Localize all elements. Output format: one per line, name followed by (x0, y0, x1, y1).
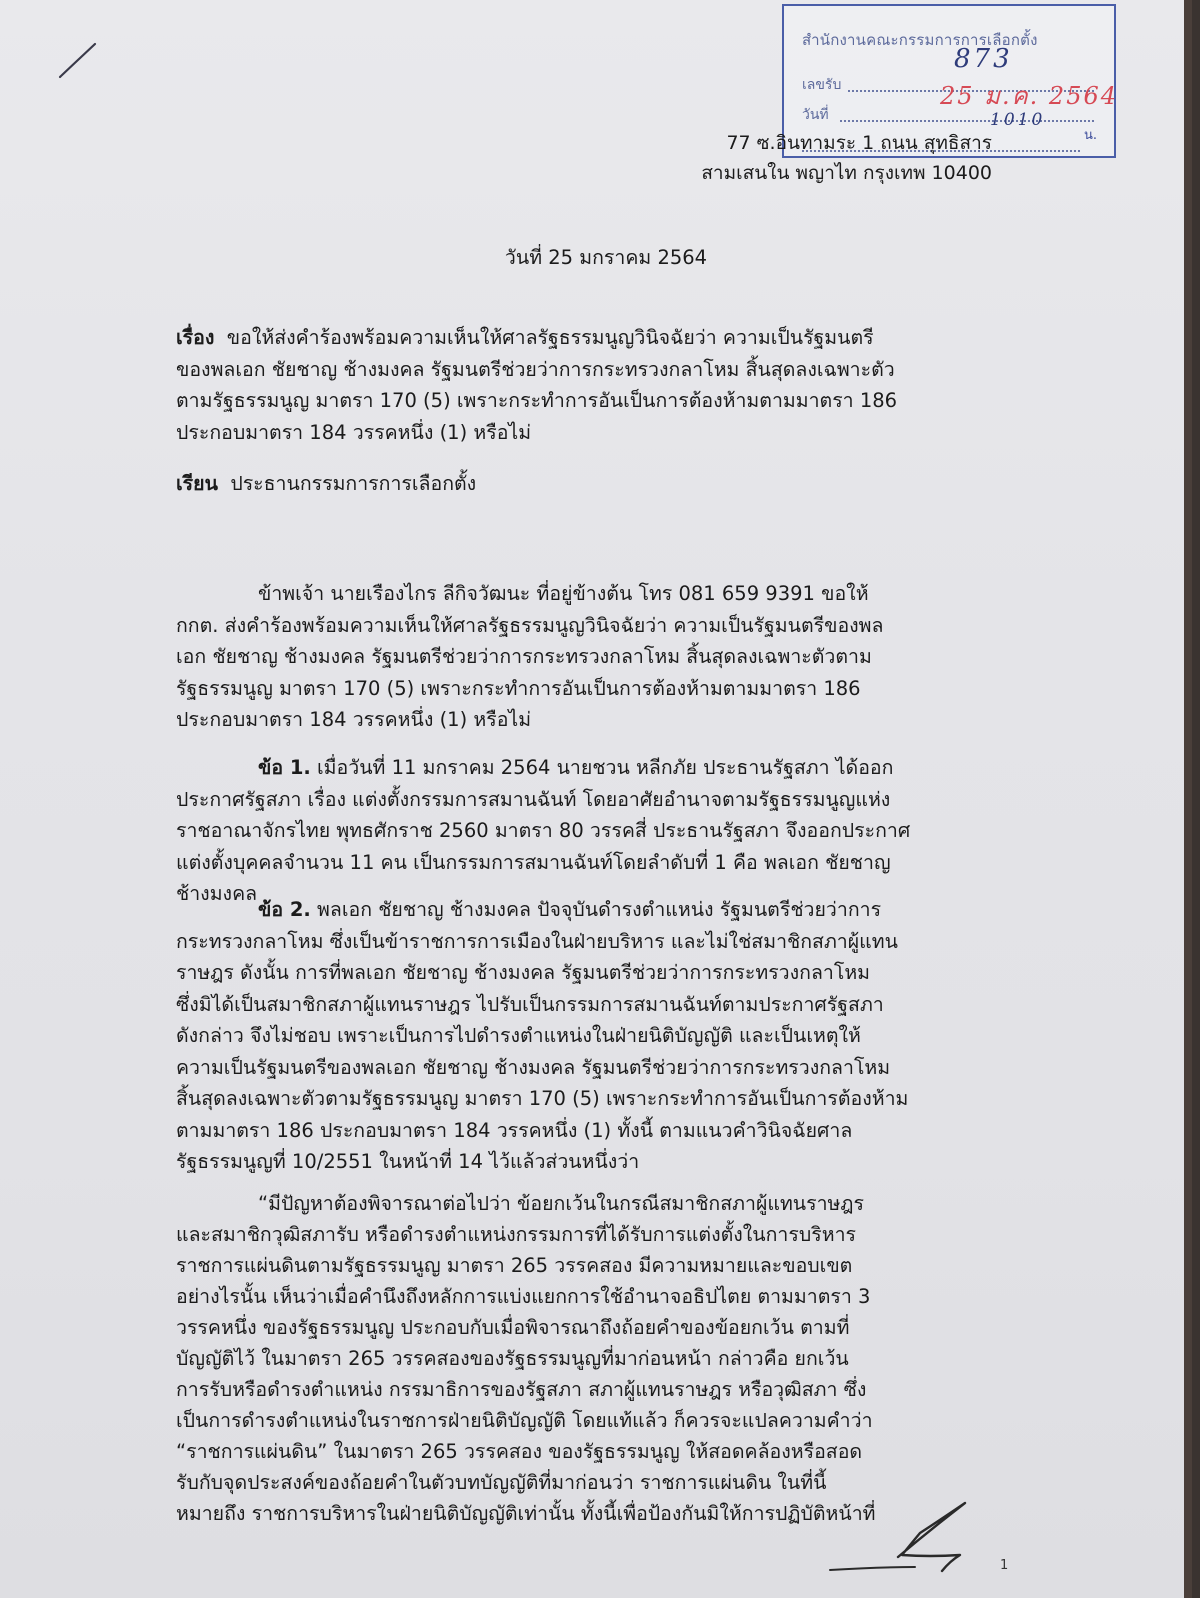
letter-date: วันที่ 25 มกราคม 2564 (0, 242, 1192, 273)
stamp-date-dotted-line (840, 120, 1094, 122)
signature-icon (820, 1495, 1000, 1575)
subject-line: ขอให้ส่งคำร้องพร้อมความเห็นให้ศาลรัฐธรรม… (227, 326, 874, 349)
quote-line: บัญญัติไว้ ในมาตรา 265 วรรคสองของรัฐธรรม… (176, 1343, 996, 1374)
paragraph-line: ความเป็นรัฐมนตรีของพลเอก ชัยชาญ ช้างมงคล… (176, 1052, 996, 1084)
page-edge (1184, 0, 1192, 1598)
stamp-time-suffix: น. (1084, 124, 1097, 145)
intro-paragraph: ข้าพเจ้า นายเรืองไกร ลีกิจวัฒนะ ที่อยู่ข… (176, 578, 996, 736)
quote-line: รับกับจุดประสงค์ของถ้อยคำในตัวบทบัญญัติท… (176, 1467, 996, 1498)
pen-check-mark-icon (55, 40, 105, 80)
paragraph-line: ประกอบมาตรา 184 วรรคหนึ่ง (1) หรือไม่ (176, 704, 996, 736)
quote-line: วรรคหนึ่ง ของรัฐธรรมนูญ ประกอบกับเมื่อพิ… (176, 1312, 996, 1343)
page-number: 1 (1000, 1558, 1008, 1573)
subject-block: เรื่อง ขอให้ส่งคำร้องพร้อมความเห็นให้ศาล… (176, 322, 996, 448)
paragraph-line: รัฐธรรมนูญ มาตรา 170 (5) เพราะกระทำการอั… (176, 673, 996, 705)
paragraph-line: เมื่อวันที่ 11 มกราคม 2564 นายชวน หลีกภั… (317, 756, 893, 779)
addressee-label: เรียน (176, 472, 218, 495)
paragraph-line: ซึ่งมิได้เป็นสมาชิกสภาผู้แทนราษฎร ไปรับเ… (176, 989, 996, 1021)
court-ruling-quote: “มีปัญหาต้องพิจารณาต่อไปว่า ข้อยกเว้นในก… (176, 1188, 996, 1529)
paragraph-line: เอก ชัยชาญ ช้างมงคล รัฐมนตรีช่วยว่าการกร… (176, 641, 996, 673)
quote-line: เป็นการดำรงตำแหน่งในราชการฝ่ายนิติบัญญัต… (176, 1405, 996, 1436)
paragraph-line: พลเอก ชัยชาญ ช้างมงคล ปัจจุบันดำรงตำแหน่… (317, 898, 881, 921)
quote-line: “ราชการแผ่นดิน” ในมาตรา 265 วรรคสอง ของร… (176, 1436, 996, 1467)
paragraph-line: กกต. ส่งคำร้องพร้อมความเห็นให้ศาลรัฐธรรม… (176, 610, 996, 642)
stamp-time-value: 1010 (990, 110, 1045, 130)
addressee-block: เรียน ประธานกรรมการการเลือกตั้ง (176, 468, 996, 500)
subject-line: ของพลเอก ชัยชาญ ช้างมงคล รัฐมนตรีช่วยว่า… (176, 354, 996, 386)
address-line-2: สามเสนใน พญาไท กรุงเทพ 10400 (620, 158, 992, 188)
paragraph-line: รัฐธรรมนูญที่ 10/2551 ในหน้าที่ 14 ไว้แล… (176, 1146, 996, 1178)
subject-label: เรื่อง (176, 326, 214, 349)
addressee-value: ประธานกรรมการการเลือกตั้ง (230, 472, 476, 495)
paragraph-line: แต่งตั้งบุคคลจำนวน 11 คน เป็นกรรมการสมาน… (176, 847, 996, 879)
paragraph-line: กระทรวงกลาโหม ซึ่งเป็นข้าราชการการเมืองใ… (176, 926, 996, 958)
clause-2-paragraph: ข้อ 2. พลเอก ชัยชาญ ช้างมงคล ปัจจุบันดำร… (176, 894, 996, 1178)
document-page: สำนักงานคณะกรรมการการเลือกตั้ง เลขรับ วั… (0, 0, 1192, 1598)
paragraph-line: ราชอาณาจักรไทย พุทธศักราช 2560 มาตรา 80 … (176, 815, 996, 847)
quote-line: “มีปัญหาต้องพิจารณาต่อไปว่า ข้อยกเว้นในก… (176, 1188, 996, 1219)
paragraph-line: ราษฎร ดังนั้น การที่พลเอก ชัยชาญ ช้างมงค… (176, 957, 996, 989)
clause-1-paragraph: ข้อ 1. เมื่อวันที่ 11 มกราคม 2564 นายชวน… (176, 752, 996, 910)
clause-2-label: ข้อ 2. (258, 898, 311, 921)
paragraph-line: ข้าพเจ้า นายเรืองไกร ลีกิจวัฒนะ ที่อยู่ข… (176, 578, 996, 610)
paragraph-line: ประกาศรัฐสภา เรื่อง แต่งตั้งกรรมการสมานฉ… (176, 784, 996, 816)
address-line-1: 77 ซ.อินทามระ 1 ถนน สุทธิสาร (620, 128, 992, 158)
paragraph-line: ตามมาตรา 186 ประกอบมาตรา 184 วรรคหนึ่ง (… (176, 1115, 996, 1147)
quote-line: ราชการแผ่นดินตามรัฐธรรมนูญ มาตรา 265 วรร… (176, 1250, 996, 1281)
paragraph-line: ดังกล่าว จึงไม่ชอบ เพราะเป็นการไปดำรงตำแ… (176, 1020, 996, 1052)
sender-address: 77 ซ.อินทามระ 1 ถนน สุทธิสาร สามเสนใน พญ… (620, 128, 992, 188)
quote-line: อย่างไรนั้น เห็นว่าเมื่อคำนึงถึงหลักการแ… (176, 1281, 996, 1312)
stamp-receipt-number: 873 (954, 44, 1013, 74)
quote-line: และสมาชิกวุฒิสภารับ หรือดำรงตำแหน่งกรรมก… (176, 1219, 996, 1250)
subject-line: ประกอบมาตรา 184 วรรคหนึ่ง (1) หรือไม่ (176, 417, 996, 449)
subject-line: ตามรัฐธรรมนูญ มาตรา 170 (5) เพราะกระทำกา… (176, 385, 996, 417)
clause-1-label: ข้อ 1. (258, 756, 311, 779)
stamp-date-label: วันที่ (802, 104, 829, 126)
paragraph-line: สิ้นสุดลงเฉพาะตัวตามรัฐธรรมนูญ มาตรา 170… (176, 1083, 996, 1115)
quote-line: การรับหรือดำรงตำแหน่ง กรรมาธิการของรัฐสภ… (176, 1374, 996, 1405)
stamp-receipt-label: เลขรับ (802, 74, 841, 96)
